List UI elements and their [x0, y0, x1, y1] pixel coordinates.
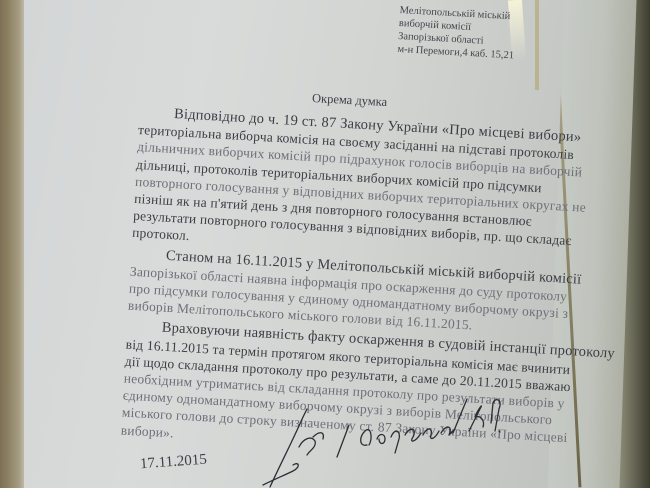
paragraph-1: Відповідно до ч. 19 ст. 87 Закону Україн… — [132, 104, 559, 266]
document-title: Окрема думка — [312, 91, 388, 110]
document-content: Мелітопольській міській виборчій комісії… — [0, 0, 650, 488]
handwritten-signature: / Горбачов К.П. — [255, 395, 525, 488]
document-date: 17.11.2015 — [139, 452, 207, 474]
addressee-block: Мелітопольській міській виборчій комісії… — [397, 4, 516, 62]
